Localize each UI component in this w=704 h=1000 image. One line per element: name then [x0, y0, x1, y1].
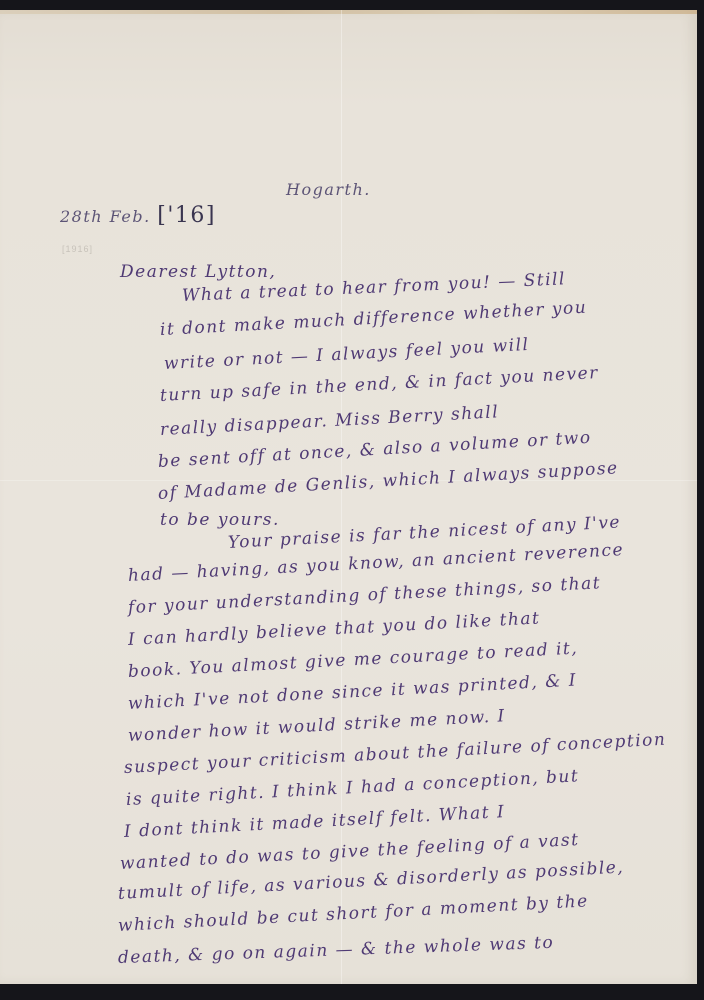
- letter-page: Hogarth. 28th Feb. ['16] [1916] Dearest …: [0, 10, 697, 984]
- body-line: to be yours.: [160, 510, 280, 530]
- body-line: really disappear. Miss Berry shall: [159, 402, 499, 440]
- address-heading: Hogarth.: [286, 180, 371, 199]
- body-line: write or not — I always feel you will: [163, 335, 529, 374]
- date-text: 28th Feb.: [60, 207, 151, 226]
- letter-date: 28th Feb. ['16]: [60, 203, 216, 228]
- pencil-annotation: [1916]: [62, 244, 93, 254]
- salutation: Dearest Lytton,: [120, 262, 276, 282]
- fold-crease-vertical: [341, 10, 342, 984]
- date-year-bracket: ['16]: [157, 203, 216, 228]
- body-line: death, & go on again — & the whole was t…: [118, 933, 555, 968]
